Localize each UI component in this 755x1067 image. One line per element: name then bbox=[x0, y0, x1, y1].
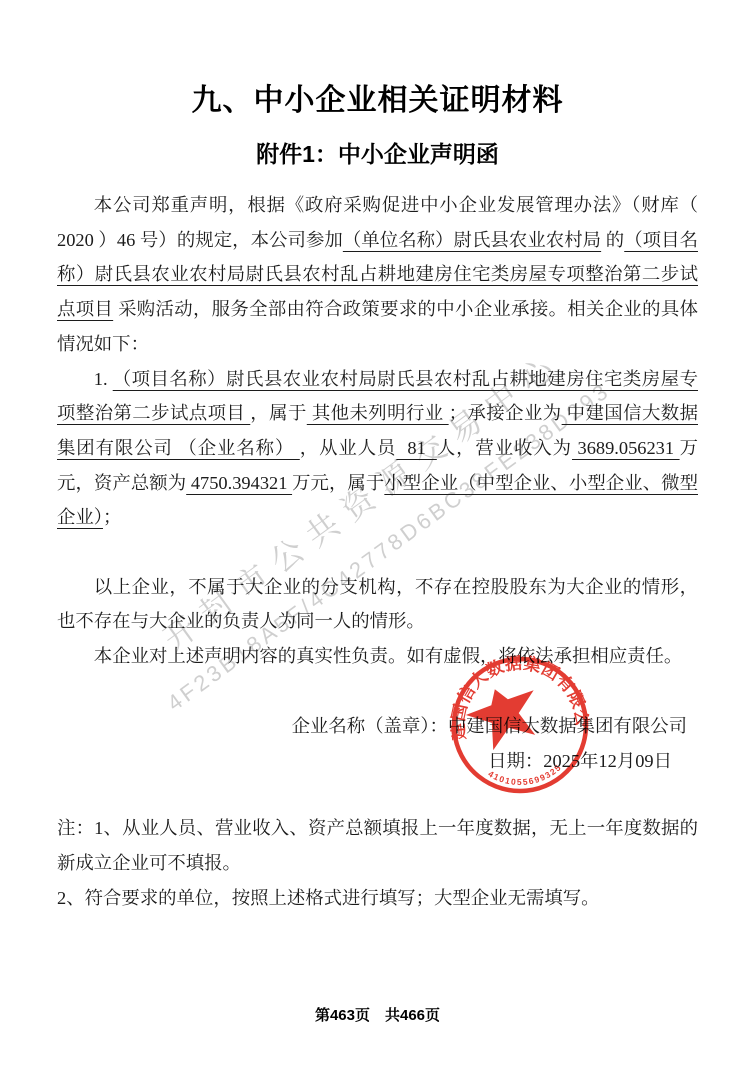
filled-blank-text: 4750.394321 bbox=[186, 473, 292, 493]
signature-company-line: 企业名称（盖章）：中建国信大数据集团有限公司 bbox=[57, 709, 698, 744]
page-subtitle: 附件1：中小企业声明函 bbox=[57, 142, 698, 166]
body-text-run: 1. bbox=[94, 369, 113, 389]
body-paragraph: 1. （项目名称）尉氏县农业农村局尉氏县农村乱占耕地建房住宅类房屋专项整治第二步… bbox=[57, 362, 698, 536]
page-number-indicator: 第463页 共466页 bbox=[0, 1004, 755, 1025]
body-text-run: 本企业对上述声明内容的真实性负责。如有虚假，将依法承担相应责任。 bbox=[94, 646, 683, 666]
body-text-run: ；承接企业为 bbox=[449, 403, 562, 423]
note-line: 注：1、从业人员、营业收入、资产总额填报上一年度数据，无上一年度数据的新成立企业… bbox=[57, 811, 698, 880]
body-text-run: ，属于 bbox=[250, 403, 306, 423]
document-content: 九、中小企业相关证明材料 附件1：中小企业声明函 本公司郑重声明，根据《政府采购… bbox=[57, 0, 698, 915]
body-paragraph: 以上企业，不属于大企业的分支机构，不存在控股股东为大企业的情形，也不存在与大企业… bbox=[57, 570, 698, 639]
filled-blank-text: 81 bbox=[396, 438, 436, 458]
body-text-run: ，从业人员 bbox=[300, 438, 397, 458]
notes-block: 注：1、从业人员、营业收入、资产总额填报上一年度数据，无上一年度数据的新成立企业… bbox=[57, 811, 698, 915]
filled-blank-text: 3689.056231 bbox=[572, 438, 680, 458]
filled-blank-text: （单位名称）尉氏县农业农村局 bbox=[343, 230, 601, 250]
body-text-run: 人，营业收入为 bbox=[437, 438, 572, 458]
body-paragraph: 本公司郑重声明，根据《政府采购促进中小企业发展管理办法》（财库（ 2020 ）4… bbox=[57, 188, 698, 362]
note-line: 2、符合要求的单位，按照上述格式进行填写；大型企业无需填写。 bbox=[57, 881, 698, 916]
body-text-run: 采购活动，服务全部由符合政策要求的中小企业承接。相关企业的具体情况如下： bbox=[57, 299, 698, 354]
signature-block: 企业名称（盖章）：中建国信大数据集团有限公司 日期：2025年12月09日 bbox=[57, 709, 698, 778]
document-page: 开封市公共资源交易中心 4F23B18A5F/4C42778D6BC38FE23… bbox=[0, 0, 755, 1067]
body-paragraph bbox=[57, 535, 698, 570]
signature-date-line: 日期：2025年12月09日 bbox=[57, 744, 698, 779]
page-title: 九、中小企业相关证明材料 bbox=[57, 84, 698, 118]
body-paragraph: 本企业对上述声明内容的真实性负责。如有虚假，将依法承担相应责任。 bbox=[57, 639, 698, 674]
body-text-run: 以上企业，不属于大企业的分支机构，不存在控股股东为大企业的情形，也不存在与大企业… bbox=[57, 577, 698, 632]
body-text-run: 的 bbox=[601, 230, 624, 250]
filled-blank-text: 其他未列明行业 bbox=[307, 403, 449, 423]
body-paragraphs: 本公司郑重声明，根据《政府采购促进中小企业发展管理办法》（财库（ 2020 ）4… bbox=[57, 188, 698, 674]
body-text-run: ； bbox=[103, 507, 121, 527]
body-text-run: 万元，属于 bbox=[292, 473, 384, 493]
